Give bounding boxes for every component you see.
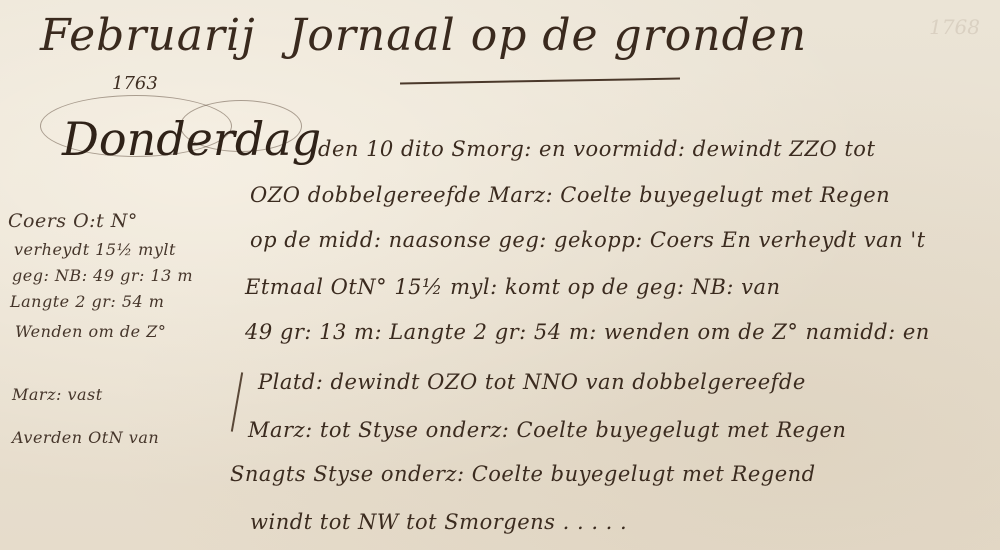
journal-line-9: windt tot NW tot Smorgens . . . . . xyxy=(250,510,627,534)
bleed-through-text: 1768 xyxy=(929,15,980,39)
heading-title: Jornaal op de gronden xyxy=(289,10,807,61)
journal-line-5: 49 gr: 13 m: Langte 2 gr: 54 m: wenden o… xyxy=(245,320,930,344)
margin-note-longitude: Langte 2 gr: 54 m xyxy=(10,292,164,311)
journal-line-7: Marz: tot Styse onderz: Coelte buyegelug… xyxy=(248,418,846,442)
journal-line-4: Etmaal OtN° 15½ myl: komt op de geg: NB:… xyxy=(245,275,781,299)
heading-year: 1763 xyxy=(112,73,158,94)
margin-note-distance: verheydt 15½ mylt xyxy=(14,240,176,259)
margin-note-sails: Marz: vast xyxy=(12,385,103,404)
margin-note-tack: Wenden om de Z° xyxy=(15,322,166,341)
journal-line-2: OZO dobbelgereefde Marz: Coelte buyegelu… xyxy=(250,183,890,207)
journal-line-6: Platd: dewindt OZO tot NNO van dobbelger… xyxy=(258,370,806,394)
heading-month: Februarij xyxy=(40,10,256,61)
journal-line-8: Snagts Styse onderz: Coelte buyegelugt m… xyxy=(230,462,816,486)
journal-line-3: op de midd: naasonse geg: gekopp: Coers … xyxy=(250,228,926,252)
day-heading: Donderdag xyxy=(62,112,321,166)
page-heading: Februarij Jornaal op de gronden xyxy=(40,10,807,61)
margin-note-latitude: geg: NB: 49 gr: 13 m xyxy=(12,266,193,285)
journal-line-1: den 10 dito Smorg: en voormidd: dewindt … xyxy=(318,137,875,161)
margin-note-heading: Averden OtN van xyxy=(12,428,159,447)
margin-note-course: Coers O:t N° xyxy=(8,210,138,232)
